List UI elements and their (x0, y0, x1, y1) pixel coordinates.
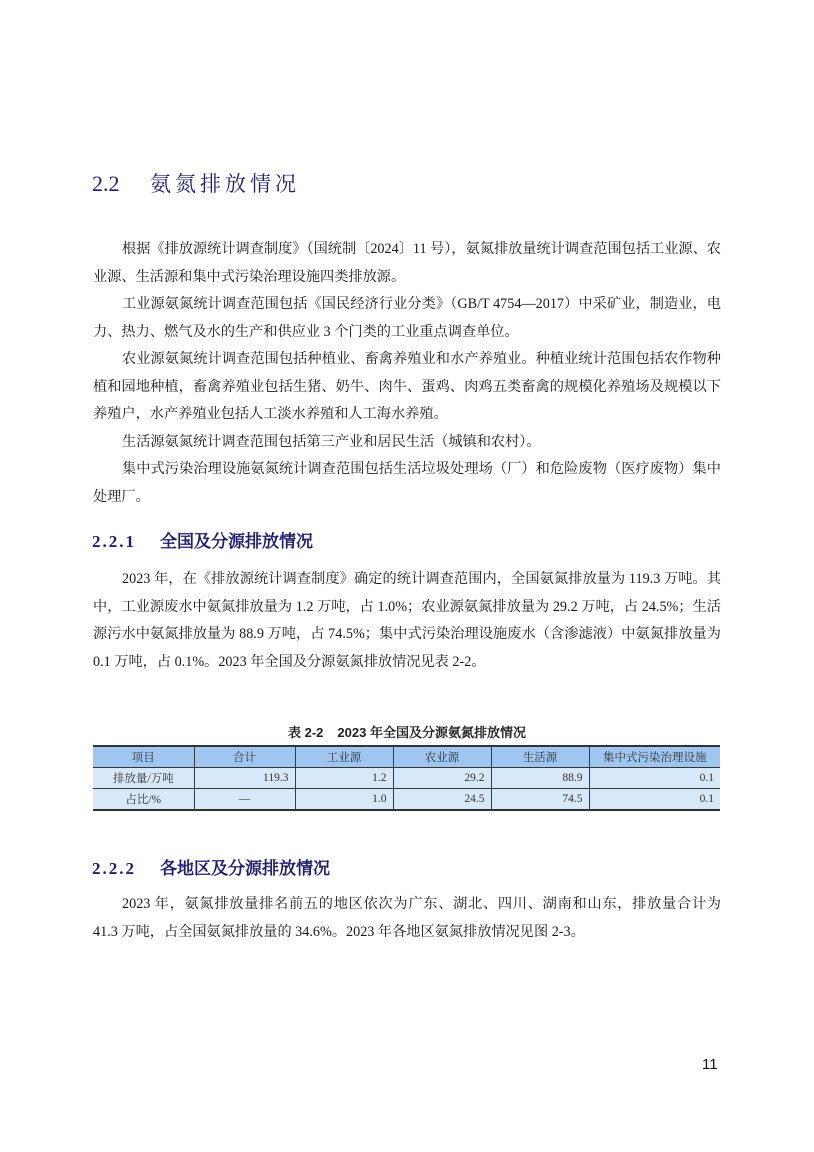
header-centralized: 集中式污染治理设施 (589, 746, 720, 768)
page-number: 11 (702, 1056, 718, 1073)
table-caption-title: 2023 年全国及分源氨氮排放情况 (337, 725, 526, 740)
cell-industrial: 1.0 (295, 789, 393, 811)
cell-agricultural: 24.5 (393, 789, 491, 811)
section-heading: 2.2氨氮排放情况 (92, 168, 300, 198)
header-domestic: 生活源 (491, 746, 589, 768)
table-row: 占比/% — 1.0 24.5 74.5 0.1 (93, 789, 720, 811)
subsection-heading-2: 2.2.2各地区及分源排放情况 (92, 854, 330, 879)
intro-paragraph-5: 集中式污染治理设施氨氮统计调查范围包括生活垃圾处理场（厂）和危险废物（医疗废物）… (93, 456, 721, 511)
row-label: 排放量/万吨 (93, 768, 194, 789)
subsection-number: 2.2.1 (92, 532, 160, 552)
cell-total: 119.3 (194, 768, 295, 789)
intro-paragraph-1: 根据《排放源统计调查制度》（国统制〔2024〕11 号），氨氮排放量统计调查范围… (93, 236, 721, 291)
row-label: 占比/% (93, 789, 194, 811)
subsection-title: 全国及分源排放情况 (160, 532, 313, 552)
cell-domestic: 88.9 (491, 768, 589, 789)
header-total: 合计 (194, 746, 295, 768)
cell-domestic: 74.5 (491, 789, 589, 811)
header-item: 项目 (93, 746, 194, 768)
subsection-title: 各地区及分源排放情况 (160, 859, 330, 879)
subsection-number: 2.2.2 (92, 859, 160, 879)
section-number: 2.2 (92, 171, 150, 197)
header-agricultural: 农业源 (393, 746, 491, 768)
cell-centralized: 0.1 (589, 789, 720, 811)
intro-paragraph-4: 生活源氨氮统计调查范围包括第三产业和居民生活（城镇和农村）。 (93, 429, 721, 457)
table-row: 排放量/万吨 119.3 1.2 29.2 88.9 0.1 (93, 768, 720, 789)
intro-paragraph-2: 工业源氨氮统计调查范围包括《国民经济行业分类》（GB/T 4754—2017）中… (93, 291, 721, 346)
section-title: 氨氮排放情况 (150, 172, 300, 196)
table-header-row: 项目 合计 工业源 农业源 生活源 集中式污染治理设施 (93, 746, 720, 768)
cell-centralized: 0.1 (589, 768, 720, 789)
emission-table: 项目 合计 工业源 农业源 生活源 集中式污染治理设施 排放量/万吨 119.3… (93, 745, 720, 811)
cell-agricultural: 29.2 (393, 768, 491, 789)
table-caption: 表 2-22023 年全国及分源氨氮排放情况 (0, 722, 814, 741)
national-emission-paragraph: 2023 年，在《排放源统计调查制度》确定的统计调查范围内，全国氨氮排放量为 1… (93, 566, 721, 676)
regional-emission-paragraph: 2023 年，氨氮排放量排名前五的地区依次为广东、湖北、四川、湖南和山东，排放量… (93, 891, 721, 946)
subsection-heading-1: 2.2.1全国及分源排放情况 (92, 527, 313, 552)
intro-paragraph-3: 农业源氨氮统计调查范围包括种植业、畜禽养殖业和水产养殖业。种植业统计范围包括农作… (93, 346, 721, 429)
cell-industrial: 1.2 (295, 768, 393, 789)
table-caption-label: 表 2-2 (288, 725, 323, 740)
cell-total: — (194, 789, 295, 811)
header-industrial: 工业源 (295, 746, 393, 768)
